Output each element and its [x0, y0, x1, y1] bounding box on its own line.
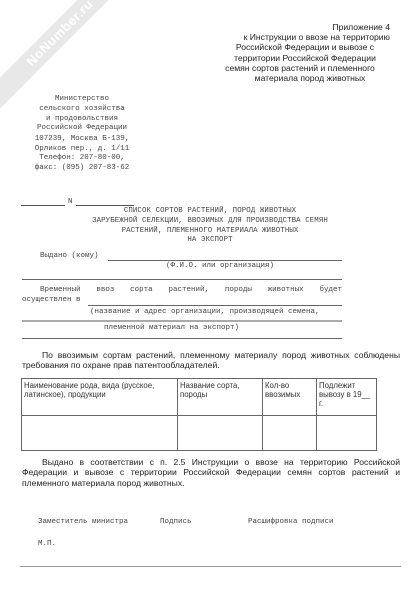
header-variety-breed: Название сорта, породы — [178, 379, 263, 416]
ministry-line: сельского хозяйства — [22, 105, 142, 115]
appendix-line: семян сортов растений и племенного — [190, 63, 390, 73]
number-sign: N — [68, 198, 73, 206]
signatory-position: Заместитель министра — [38, 518, 128, 526]
table-cell[interactable] — [317, 416, 377, 451]
number-field[interactable] — [76, 198, 134, 206]
table-header-row: Наименование рода, вида (русское, латинс… — [22, 379, 377, 416]
title-line: НА ЭКСПОРТ — [0, 236, 420, 246]
ministry-line: и продовольствия — [22, 115, 142, 125]
ministry-name: Министерство сельского хозяйства и продо… — [22, 95, 142, 134]
ministry-address: 107239, Москва Б-139, Орликов пер., д. 1… — [22, 135, 142, 173]
address-line: Телефон: 207-80-00, — [22, 154, 142, 164]
patent-compliance-text: По ввозимым сортам растений, племенному … — [22, 350, 400, 371]
appendix-line: территории Российской Федерации — [190, 53, 390, 63]
header-genus-species: Наименование рода, вида (русское, латинс… — [22, 379, 178, 416]
address-line: 107239, Москва Б-139, — [22, 135, 142, 145]
word: растений, — [168, 286, 209, 294]
title-line: ЗАРУБЕЖНОЙ СЕЛЕКЦИИ, ВВОЗИМЫХ ДЛЯ ПРОИЗВ… — [0, 217, 420, 227]
word: животных — [268, 286, 304, 294]
document-title: СПИСОК СОРТОВ РАСТЕНИЙ, ПОРОД ЖИВОТНЫХ З… — [0, 207, 420, 246]
signature-label: Подпись — [160, 518, 192, 526]
address-line: Орликов пер., д. 1/11 — [22, 145, 142, 155]
organization-field[interactable] — [88, 305, 342, 306]
ministry-line: Министерство — [22, 95, 142, 105]
address-line: факс: (095) 207-83-62 — [22, 164, 142, 174]
word: ввоз — [96, 286, 114, 294]
bottom-rule — [20, 566, 401, 567]
title-line: СПИСОК СОРТОВ РАСТЕНИЙ, ПОРОД ЖИВОТНЫХ — [0, 207, 420, 217]
title-line: РАСТЕНИЙ, ПЛЕМЕННОГО МАТЕРИАЛА ЖИВОТНЫХ — [0, 227, 420, 237]
appendix-line: Российской Федерации и вывозе с — [190, 42, 390, 52]
table-cell[interactable] — [22, 416, 178, 451]
document-number-line: N — [21, 198, 134, 206]
date-field[interactable] — [21, 198, 65, 206]
word: Временный — [40, 286, 81, 294]
word: будет — [319, 286, 342, 294]
issued-to-label: Выдано (кому) — [40, 252, 99, 260]
table-row — [22, 416, 377, 451]
temporary-import-text: Временный ввоз сорта растений, породы жи… — [22, 286, 342, 294]
table-cell[interactable] — [263, 416, 317, 451]
header-quantity: Кол-во ввозимых — [263, 379, 317, 416]
issued-per-text: Выдано в соответствии с п. 2.5 Инструкци… — [22, 457, 400, 488]
organization-caption-1: (название и адрес организации, производя… — [90, 308, 320, 316]
appendix-header: Приложение 4 к Инструкции о ввозе на тер… — [190, 22, 390, 83]
header-export-year: Подлежит вывозу в 19__ г. — [317, 379, 377, 416]
stamp-place: М.П. — [38, 540, 56, 548]
carried-out-in-label: осуществлен в — [22, 296, 81, 304]
issued-to-caption: (Ф.И.О. или организация) — [166, 262, 274, 270]
organization-field-line3[interactable] — [22, 338, 342, 339]
issued-to-field[interactable] — [108, 260, 342, 261]
appendix-number: Приложение 4 — [190, 22, 390, 32]
organization-caption-2: племенной материал на экспорт) — [104, 324, 239, 332]
appendix-line: к Инструкции о ввозе на территорию — [190, 32, 390, 42]
word: породы — [225, 286, 252, 294]
table-cell[interactable] — [178, 416, 263, 451]
organization-field-line2[interactable] — [22, 320, 342, 322]
signature-decode-label: Расшифровка подписи — [248, 518, 334, 526]
word: сорта — [130, 286, 153, 294]
issued-to-field-line2[interactable] — [22, 279, 342, 280]
varieties-table: Наименование рода, вида (русское, латинс… — [21, 378, 377, 451]
appendix-line: материала пород животных — [190, 73, 390, 83]
ministry-line: Российской Федерации — [22, 124, 142, 134]
